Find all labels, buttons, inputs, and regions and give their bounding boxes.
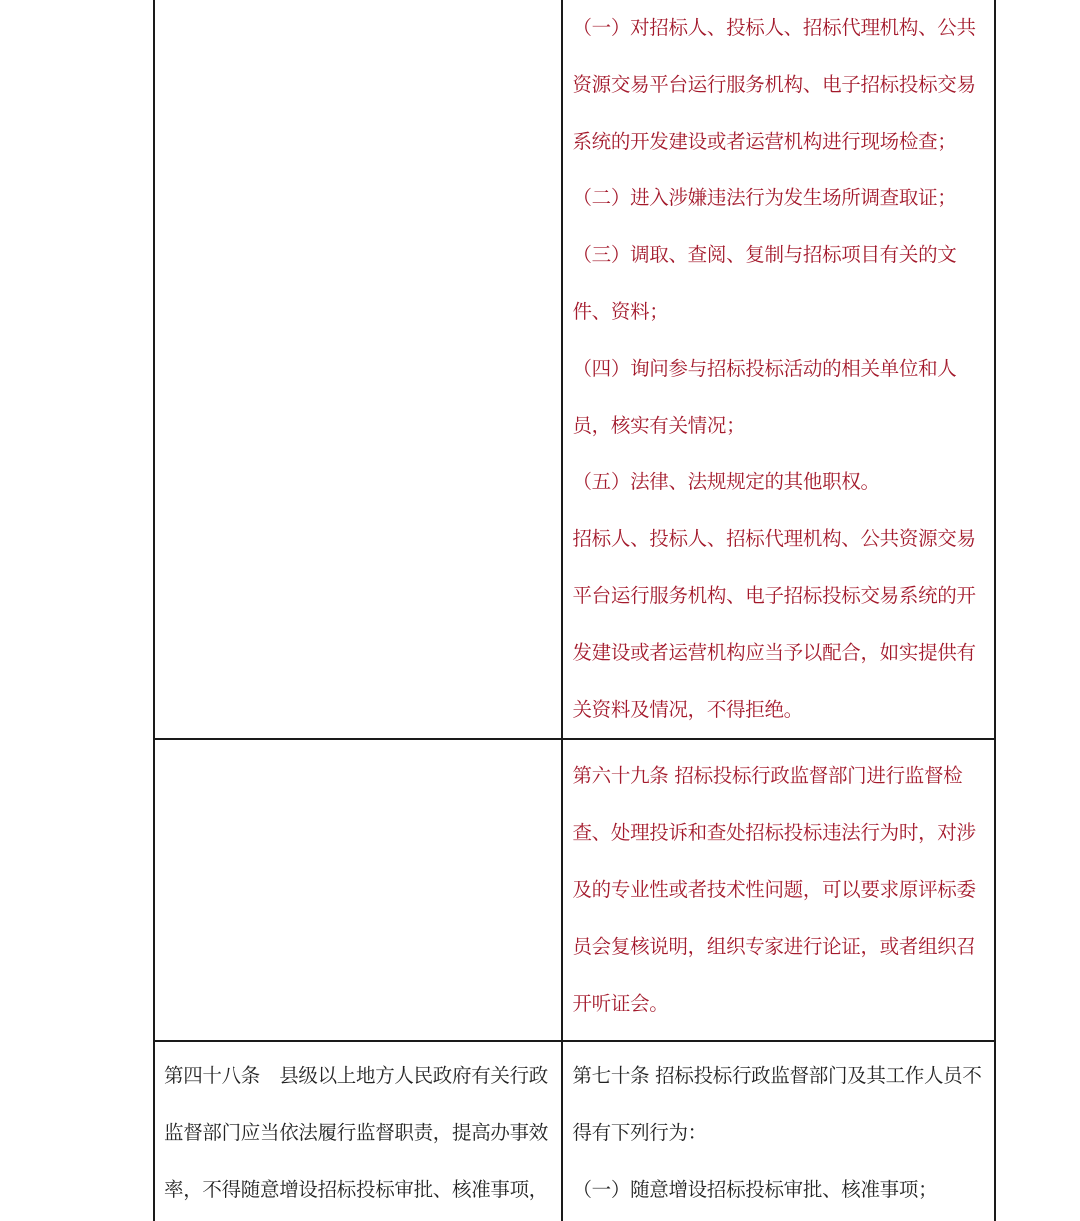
table-row: 第四十八条 县级以上地方人民政府有关行政监督部门应当依法履行监督职责，提高办事效…: [154, 1041, 995, 1221]
old-provision-cell: 第四十八条 县级以上地方人民政府有关行政监督部门应当依法履行监督职责，提高办事效…: [154, 1041, 562, 1221]
list-item: （一）对招标人、投标人、招标代理机构、公共资源交易平台运行服务机构、电子招标投标…: [572, 0, 986, 170]
old-provision-cell: [154, 0, 562, 739]
comparison-table: （一）对招标人、投标人、招标代理机构、公共资源交易平台运行服务机构、电子招标投标…: [153, 0, 996, 1221]
list-item: （三）调取、查阅、复制与招标项目有关的文件、资料；: [572, 227, 986, 341]
table-row: 第六十九条 招标投标行政监督部门进行监督检查、处理投诉和查处招标投标违法行为时，…: [154, 739, 995, 1041]
list-item: （五）法律、法规规定的其他职权。: [572, 454, 986, 511]
list-item: （四）询问参与招标投标活动的相关单位和人员，核实有关情况；: [572, 341, 986, 455]
article-69-text: 第六十九条 招标投标行政监督部门进行监督检查、处理投诉和查处招标投标违法行为时，…: [572, 748, 986, 1032]
new-provision-cell: 第七十条 招标投标行政监督部门及其工作人员不得有下列行为： （一）随意增设招标投…: [562, 1041, 995, 1221]
new-provision-cell: 第六十九条 招标投标行政监督部门进行监督检查、处理投诉和查处招标投标违法行为时，…: [562, 739, 995, 1041]
article-70-text: 第七十条 招标投标行政监督部门及其工作人员不得有下列行为：: [572, 1048, 986, 1162]
paragraph: 招标人、投标人、招标代理机构、公共资源交易平台运行服务机构、电子招标投标交易系统…: [572, 511, 986, 738]
table-row: （一）对招标人、投标人、招标代理机构、公共资源交易平台运行服务机构、电子招标投标…: [154, 0, 995, 739]
list-item: （一）随意增设招标投标审批、核准事项；: [572, 1162, 986, 1219]
new-provision-cell: （一）对招标人、投标人、招标代理机构、公共资源交易平台运行服务机构、电子招标投标…: [562, 0, 995, 739]
old-provision-cell: [154, 739, 562, 1041]
article-48-text: 第四十八条 县级以上地方人民政府有关行政监督部门应当依法履行监督职责，提高办事效…: [164, 1048, 553, 1218]
list-item: （二）进入涉嫌违法行为发生场所调查取证；: [572, 170, 986, 227]
